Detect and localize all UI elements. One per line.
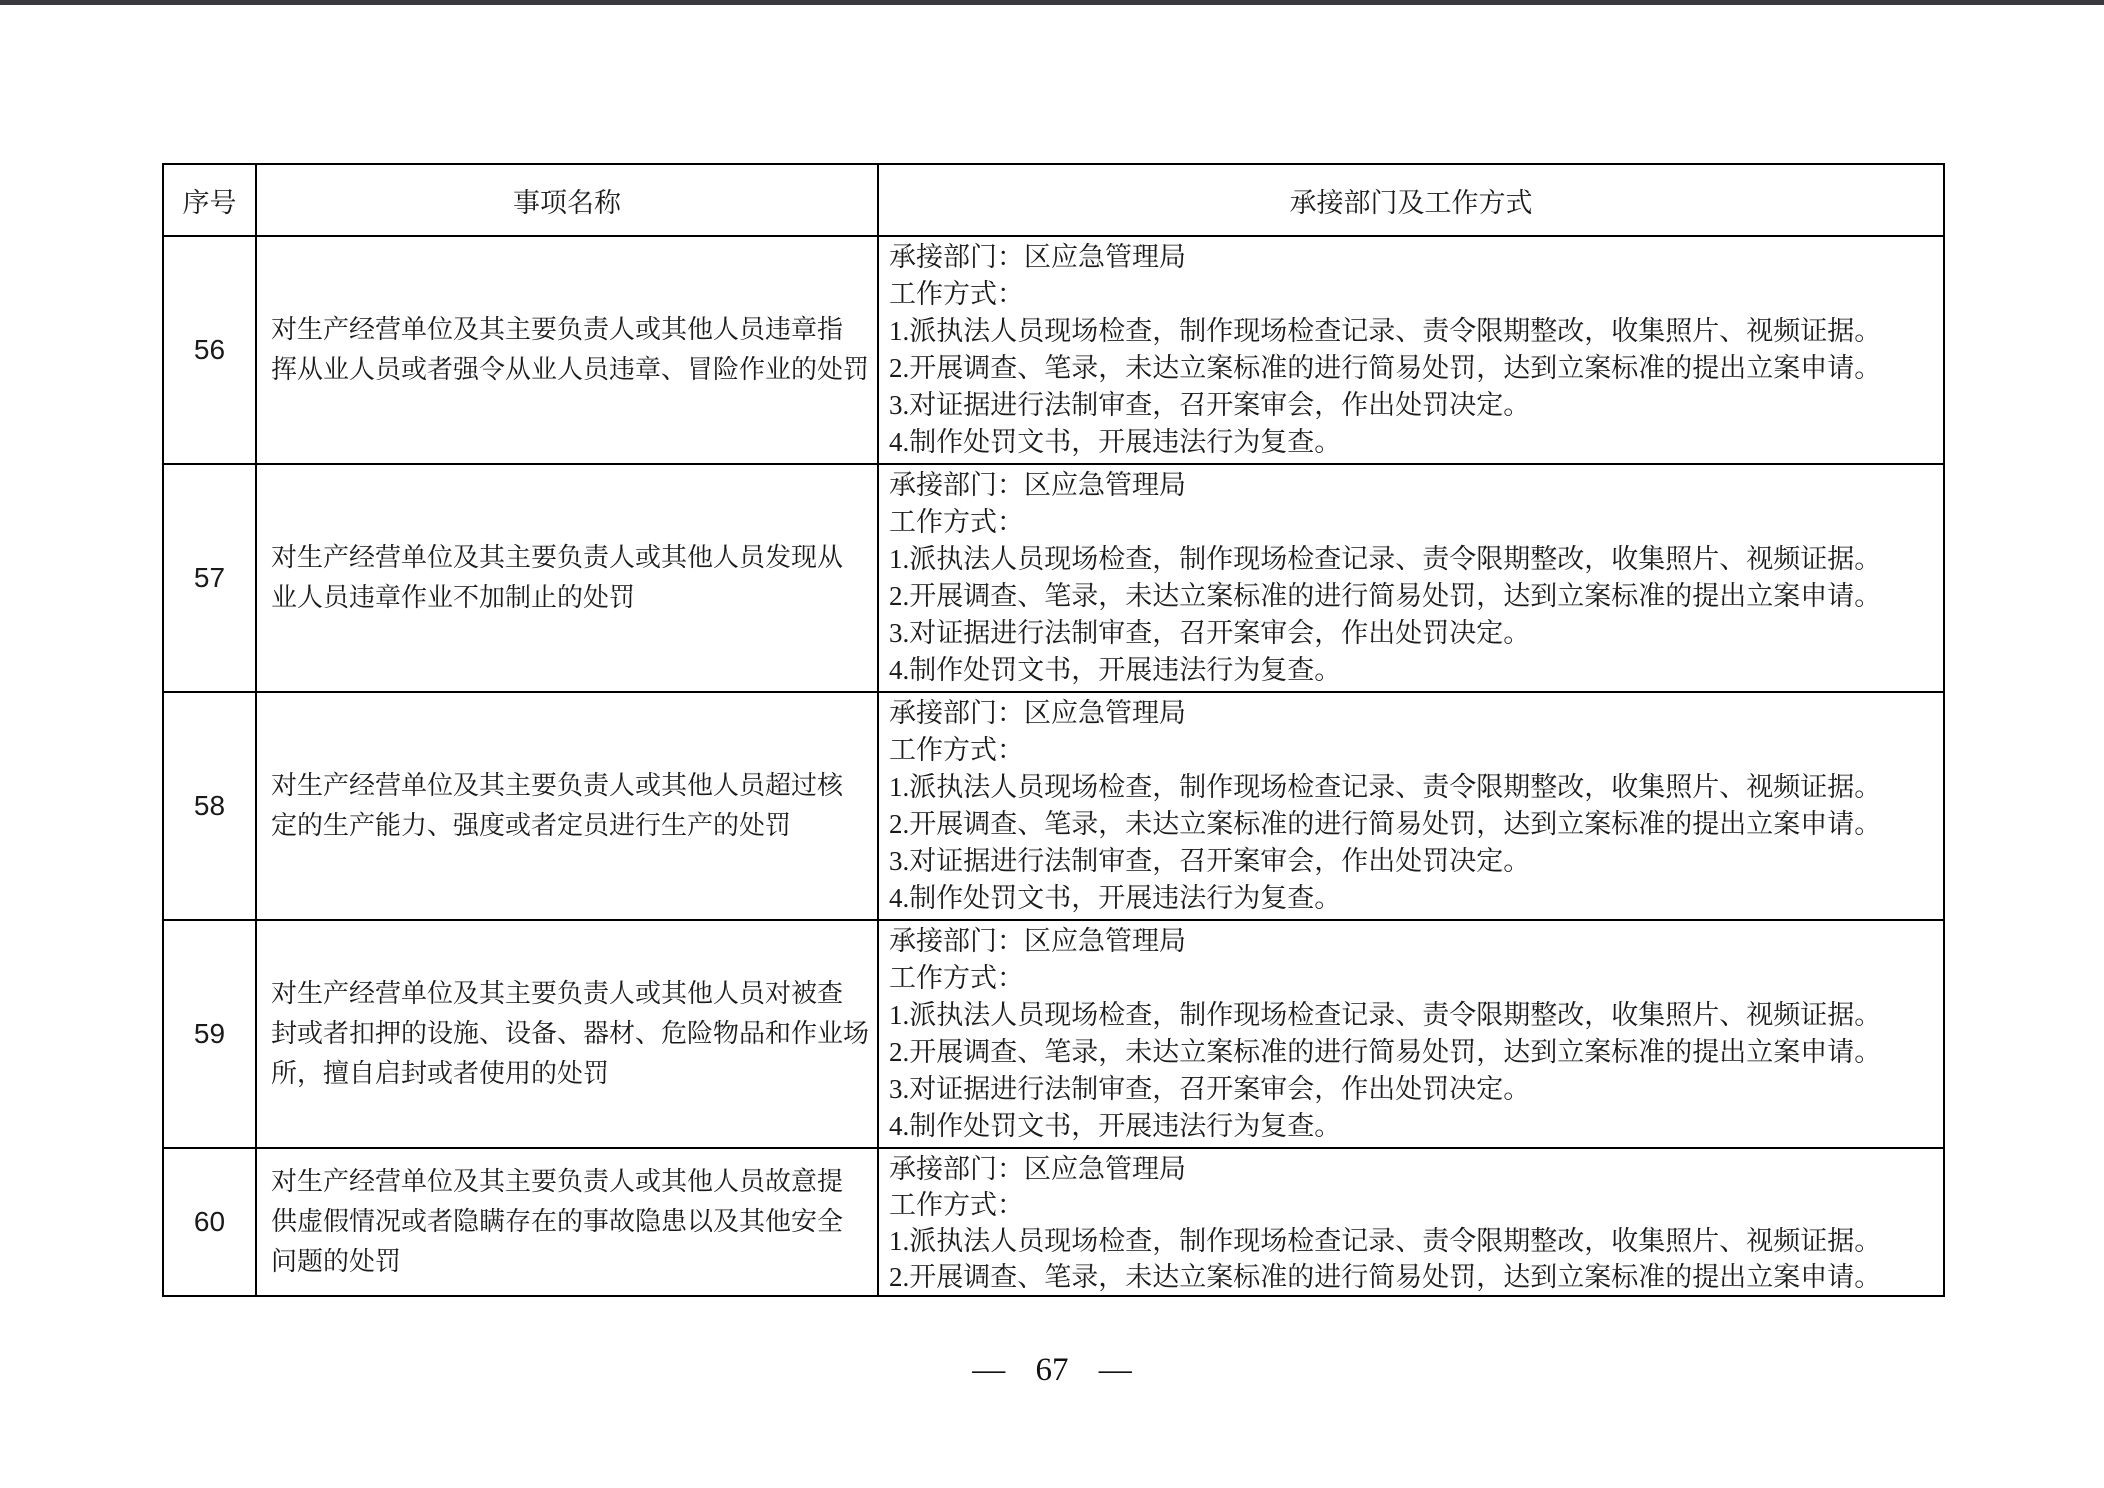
detail-line: 1.派执法人员现场检查，制作现场检查记录、责令限期整改，收集照片、视频证据。 [889, 1223, 1935, 1259]
detail-line: 1.派执法人员现场检查，制作现场检查记录、责令限期整改，收集照片、视频证据。 [889, 769, 1935, 806]
detail-line: 工作方式： [889, 276, 1935, 313]
detail-line: 工作方式： [889, 960, 1935, 997]
item-name-cell: 对生产经营单位及其主要负责人或其他人员发现从 业人员违章作业不加制止的处罚 [256, 464, 878, 692]
detail-cell: 承接部门：区应急管理局 工作方式： 1.派执法人员现场检查，制作现场检查记录、责… [878, 1148, 1944, 1296]
detail-line: 2.开展调查、笔录，未达立案标准的进行简易处罚，达到立案标准的提出立案申请。 [889, 350, 1935, 387]
page-number: — 67 — [0, 1352, 2104, 1389]
item-name-cell: 对生产经营单位及其主要负责人或其他人员故意提 供虚假情况或者隐瞒存在的事故隐患以… [256, 1148, 878, 1296]
table-row-59: 59 对生产经营单位及其主要负责人或其他人员对被查 封或者扣押的设施、设备、器材… [163, 920, 1944, 1148]
table-row-58: 58 对生产经营单位及其主要负责人或其他人员超过核 定的生产能力、强度或者定员进… [163, 692, 1944, 920]
detail-line: 4.制作处罚文书，开展违法行为复查。 [889, 1108, 1935, 1145]
table-header-row: 序号 事项名称 承接部门及工作方式 [163, 164, 1944, 236]
detail-line: 承接部门：区应急管理局 [889, 239, 1935, 276]
detail-line: 承接部门：区应急管理局 [889, 923, 1935, 960]
detail-line: 工作方式： [889, 732, 1935, 769]
detail-line: 承接部门：区应急管理局 [889, 467, 1935, 504]
detail-line: 2.开展调查、笔录，未达立案标准的进行简易处罚，达到立案标准的提出立案申请。 [889, 806, 1935, 843]
detail-line: 承接部门：区应急管理局 [889, 1151, 1935, 1187]
detail-line: 1.派执法人员现场检查，制作现场检查记录、责令限期整改，收集照片、视频证据。 [889, 997, 1935, 1034]
detail-line: 1.派执法人员现场检查，制作现场检查记录、责令限期整改，收集照片、视频证据。 [889, 313, 1935, 350]
detail-line: 4.制作处罚文书，开展违法行为复查。 [889, 880, 1935, 917]
detail-cell: 承接部门：区应急管理局 工作方式： 1.派执法人员现场检查，制作现场检查记录、责… [878, 920, 1944, 1148]
detail-cell: 承接部门：区应急管理局 工作方式： 1.派执法人员现场检查，制作现场检查记录、责… [878, 464, 1944, 692]
detail-line: 2.开展调查、笔录，未达立案标准的进行简易处罚，达到立案标准的提出立案申请。 [889, 1259, 1935, 1295]
detail-line: 4.制作处罚文书，开展违法行为复查。 [889, 652, 1935, 689]
item-name-cell: 对生产经营单位及其主要负责人或其他人员违章指 挥从业人员或者强令从业人员违章、冒… [256, 236, 878, 464]
header-item-name: 事项名称 [256, 164, 878, 236]
detail-line: 工作方式： [889, 1187, 1935, 1223]
detail-line: 3.对证据进行法制审查，召开案审会，作出处罚决定。 [889, 843, 1935, 880]
detail-line: 承接部门：区应急管理局 [889, 695, 1935, 732]
table-row-57: 57 对生产经营单位及其主要负责人或其他人员发现从 业人员违章作业不加制止的处罚… [163, 464, 1944, 692]
table-row-60: 60 对生产经营单位及其主要负责人或其他人员故意提 供虚假情况或者隐瞒存在的事故… [163, 1148, 1944, 1296]
detail-line: 3.对证据进行法制审查，召开案审会，作出处罚决定。 [889, 1071, 1935, 1108]
detail-line: 3.对证据进行法制审查，召开案审会，作出处罚决定。 [889, 387, 1935, 424]
items-table: 序号 事项名称 承接部门及工作方式 56 对生产经营单位及其主要负责人或其他人员… [162, 163, 1945, 1297]
detail-line: 2.开展调查、笔录，未达立案标准的进行简易处罚，达到立案标准的提出立案申请。 [889, 1034, 1935, 1071]
row-number-cell: 60 [163, 1148, 256, 1296]
detail-cell: 承接部门：区应急管理局 工作方式： 1.派执法人员现场检查，制作现场检查记录、责… [878, 692, 1944, 920]
row-number-cell: 57 [163, 464, 256, 692]
table-row-56: 56 对生产经营单位及其主要负责人或其他人员违章指 挥从业人员或者强令从业人员违… [163, 236, 1944, 464]
detail-line: 4.制作处罚文书，开展违法行为复查。 [889, 424, 1935, 461]
item-name-cell: 对生产经营单位及其主要负责人或其他人员对被查 封或者扣押的设施、设备、器材、危险… [256, 920, 878, 1148]
detail-line: 2.开展调查、笔录，未达立案标准的进行简易处罚，达到立案标准的提出立案申请。 [889, 578, 1935, 615]
row-number-cell: 58 [163, 692, 256, 920]
header-serial-number: 序号 [163, 164, 256, 236]
detail-line: 1.派执法人员现场检查，制作现场检查记录、责令限期整改，收集照片、视频证据。 [889, 541, 1935, 578]
detail-cell: 承接部门：区应急管理局 工作方式： 1.派执法人员现场检查，制作现场检查记录、责… [878, 236, 1944, 464]
item-name-cell: 对生产经营单位及其主要负责人或其他人员超过核 定的生产能力、强度或者定员进行生产… [256, 692, 878, 920]
detail-line: 工作方式： [889, 504, 1935, 541]
top-edge-bar [0, 0, 2104, 5]
row-number-cell: 59 [163, 920, 256, 1148]
row-number-cell: 56 [163, 236, 256, 464]
document-page: 序号 事项名称 承接部门及工作方式 56 对生产经营单位及其主要负责人或其他人员… [0, 0, 2104, 1488]
detail-line: 3.对证据进行法制审查，召开案审会，作出处罚决定。 [889, 615, 1935, 652]
header-department-method: 承接部门及工作方式 [878, 164, 1944, 236]
